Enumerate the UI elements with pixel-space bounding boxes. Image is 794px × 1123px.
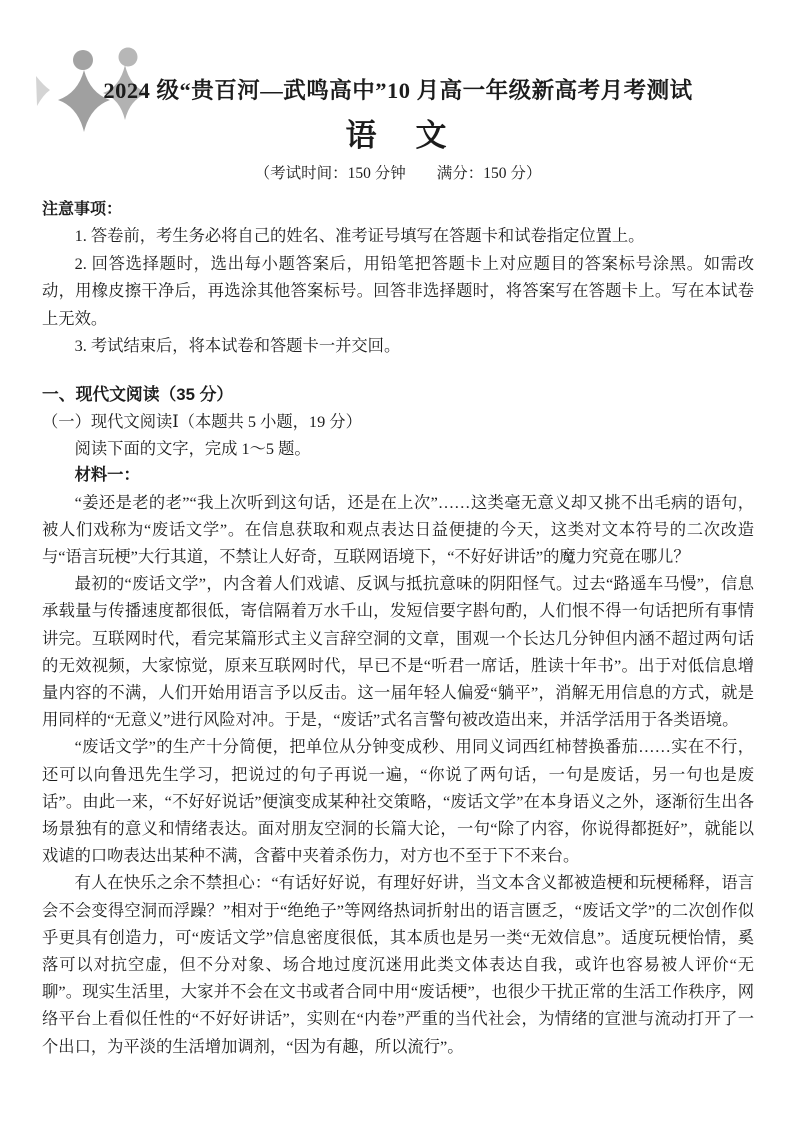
exam-title: 2024 级“贵百河—武鸣高中”10 月高一年级新高考月考测试: [42, 0, 754, 106]
notice-heading: 注意事项：: [42, 197, 754, 222]
material-paragraph-1: “姜还是老的老”“我上次听到这句话，还是在上次”……这类毫无意义却又挑不出毛病的…: [42, 489, 754, 571]
material-paragraph-2: 最初的“废话文学”，内含着人们戏谑、反讽与抵抗意味的阴阳怪气。过去“路遥车马慢”…: [42, 570, 754, 733]
material-paragraph-4: 有人在快乐之余不禁担心：“有话好好说，有理好好讲，当文本含义都被造梗和玩梗稀释，…: [42, 869, 754, 1059]
reading-section: 一、现代文阅读（35 分） （一）现代文阅读Ⅰ（本题共 5 小题，19 分） 阅…: [42, 381, 754, 1060]
notice-item-1: 1. 答卷前，考生务必将自己的姓名、准考证号填写在答题卡和试卷指定位置上。: [42, 222, 754, 250]
notice-item-3: 3. 考试结束后，将本试卷和答题卡一并交回。: [42, 332, 754, 360]
material-paragraph-3: “废话文学”的生产十分简便，把单位从分钟变成秒、用同义词西红柿替换番茄……实在不…: [42, 733, 754, 869]
subject-title: 语 文: [42, 117, 754, 155]
section-subheading: （一）现代文阅读Ⅰ（本题共 5 小题，19 分）: [42, 408, 754, 435]
material-one-body: “姜还是老的老”“我上次听到这句话，还是在上次”……这类毫无意义却又挑不出毛病的…: [42, 489, 754, 1060]
notice-item-2: 2. 回答选择题时，选出每小题答案后，用铅笔把答题卡上对应题目的答案标号涂黑。如…: [42, 250, 754, 333]
exam-paper-page: 2024 级“贵百河—武鸣高中”10 月高一年级新高考月考测试 语 文 （考试时…: [0, 0, 794, 1123]
page-content: 2024 级“贵百河—武鸣高中”10 月高一年级新高考月考测试 语 文 （考试时…: [0, 0, 794, 1060]
exam-info-line: （考试时间：150 分钟 满分：150 分）: [42, 163, 754, 185]
section-heading: 一、现代文阅读（35 分）: [42, 381, 754, 408]
notice-section: 注意事项： 1. 答卷前，考生务必将自己的姓名、准考证号填写在答题卡和试卷指定位…: [42, 197, 754, 360]
material-one-label: 材料一：: [42, 462, 754, 489]
reading-instruction: 阅读下面的文字，完成 1～5 题。: [42, 435, 754, 462]
